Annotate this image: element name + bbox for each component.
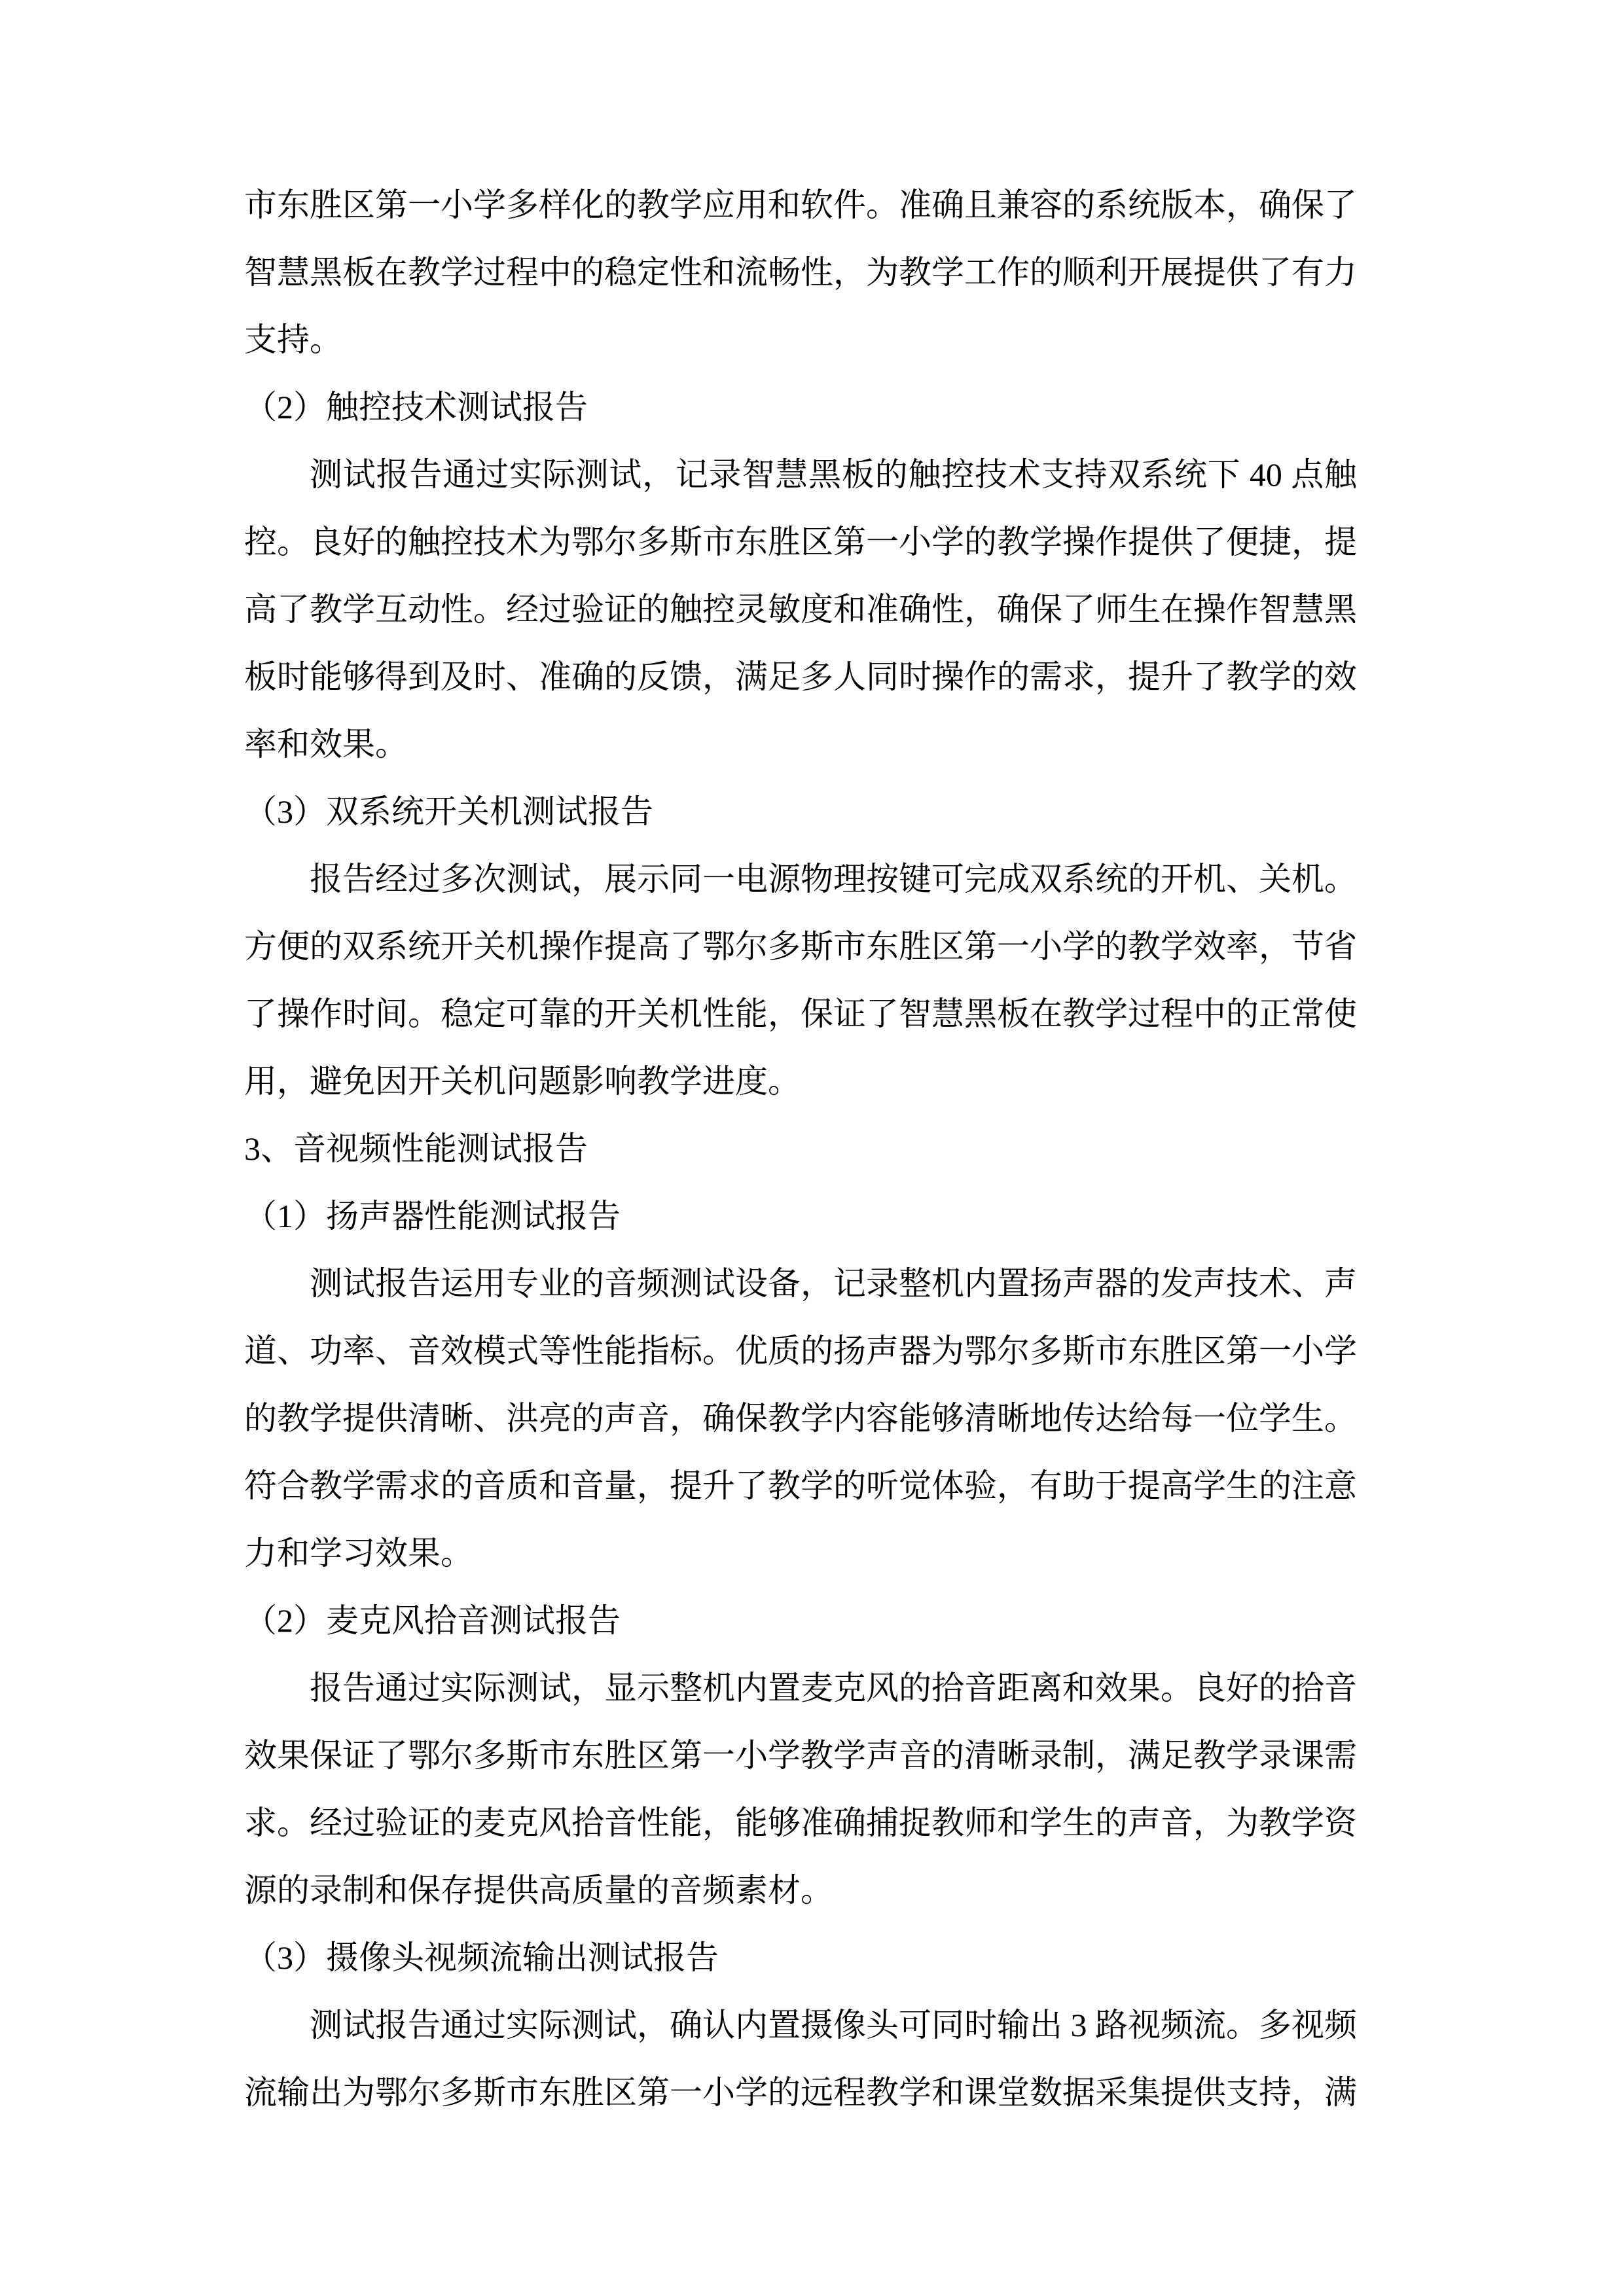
body: 测试报告通过实际测试，确认内置摄像头可同时输出 3 路视频流。多视频流输出为鄂尔… — [244, 1992, 1357, 2126]
list-heading: （2）触控技术测试报告 — [244, 374, 1357, 441]
document-content: 市东胜区第一小学多样化的教学应用和软件。准确且兼容的系统版本，确保了智慧黑板在教… — [244, 171, 1357, 2126]
document-page: 市东胜区第一小学多样化的教学应用和软件。准确且兼容的系统版本，确保了智慧黑板在教… — [0, 0, 1624, 2296]
body-continuation: 市东胜区第一小学多样化的教学应用和软件。准确且兼容的系统版本，确保了智慧黑板在教… — [244, 171, 1357, 374]
list-heading: （2）麦克风拾音测试报告 — [244, 1587, 1357, 1655]
body: 测试报告通过实际测试，记录智慧黑板的触控技术支持双系统下 40 点触控。良好的触… — [244, 441, 1357, 778]
list-heading: （1）扬声器性能测试报告 — [244, 1183, 1357, 1250]
list-heading: （3）摄像头视频流输出测试报告 — [244, 1924, 1357, 1992]
body: 报告经过多次测试，展示同一电源物理按键可完成双系统的开机、关机。方便的双系统开关… — [244, 846, 1357, 1115]
section-heading: 3、音视频性能测试报告 — [244, 1115, 1357, 1183]
list-heading: （3）双系统开关机测试报告 — [244, 778, 1357, 846]
body: 测试报告运用专业的音频测试设备，记录整机内置扬声器的发声技术、声道、功率、音效模… — [244, 1250, 1357, 1587]
body: 报告通过实际测试，显示整机内置麦克风的拾音距离和效果。良好的拾音效果保证了鄂尔多… — [244, 1655, 1357, 1924]
